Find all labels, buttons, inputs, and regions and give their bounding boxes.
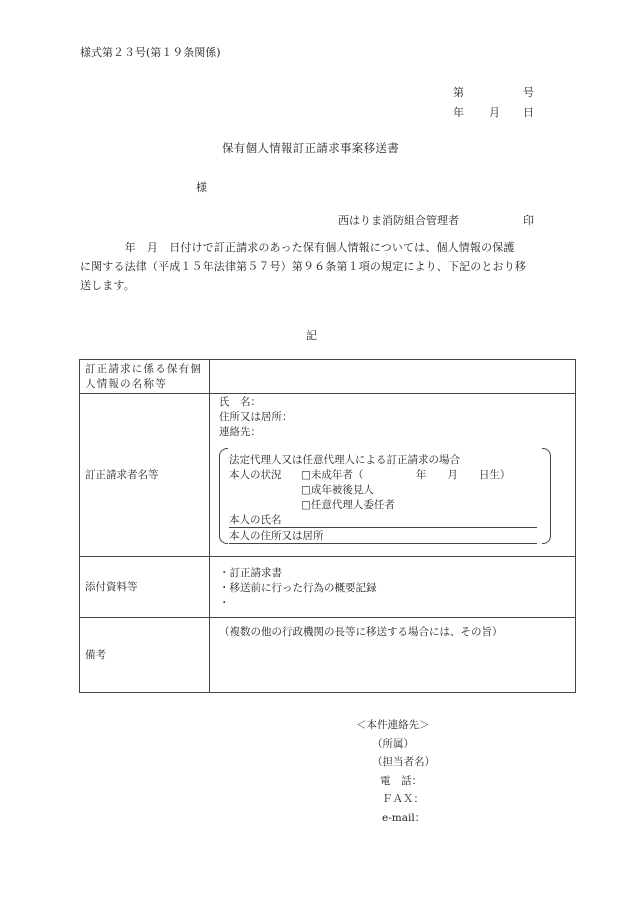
label-requester: 訂正請求者名等: [80, 394, 210, 557]
table-row-requester: 訂正請求者名等 氏 名： 住所又は居所： 連絡先： 法定代理人又は任意代理人によ…: [80, 394, 576, 557]
contact-fax: ＦＡＸ：: [356, 790, 435, 809]
checkbox-minor[interactable]: □未成年者（ 年 月 日生）: [301, 468, 510, 483]
contact-heading: ＜本件連絡先＞: [356, 716, 435, 735]
ki-heading: 記: [306, 327, 317, 343]
contact-block: ＜本件連絡先＞ （所属） （担当者名） 電 話： ＦＡＸ： e-mail：: [356, 716, 435, 827]
requester-name[interactable]: 氏 名：: [219, 395, 575, 410]
sender-name: 西はりま消防組合管理者: [338, 212, 459, 228]
body-line-1: 年 月 日付けで訂正請求のあった保有個人情報については、個人情報の保護: [80, 238, 550, 257]
attachment-item: ・訂正請求書: [219, 566, 575, 581]
value-attachments: ・訂正請求書 ・移送前に行った行為の概要記録 ・: [210, 557, 576, 618]
proxy-request-box: 法定代理人又は任意代理人による訂正請求の場合 本人の状況 □未成年者（ 年 月 …: [219, 448, 551, 544]
document-title: 保有個人情報訂正請求事案移送書: [222, 140, 399, 156]
label-remarks: 備考: [80, 618, 210, 693]
date-year: 年: [453, 104, 464, 120]
transfer-details-table: 訂正請求に係る保有個人情報の名称等 訂正請求者名等 氏 名： 住所又は居所： 連…: [79, 359, 576, 693]
status-label: 本人の状況: [229, 468, 301, 513]
checkbox-delegator[interactable]: □任意代理人委任者: [301, 498, 510, 513]
table-row-remarks: 備考 （複数の他の行政機関の長等に移送する場合には、その旨）: [80, 618, 576, 693]
addressee-suffix: 様: [196, 179, 207, 195]
value-remarks[interactable]: （複数の他の行政機関の長等に移送する場合には、その旨）: [210, 618, 576, 693]
attachment-item: ・移送前に行った行為の概要記録: [219, 581, 575, 596]
label-attachments: 添付資料等: [80, 557, 210, 618]
requester-contact[interactable]: 連絡先：: [219, 425, 575, 440]
body-paragraph: 年 月 日付けで訂正請求のあった保有個人情報については、個人情報の保護 に関する…: [80, 238, 550, 295]
number-suffix: 号: [523, 84, 534, 100]
body-line-2: に関する法律（平成１５年法律第５７号）第９６条第１項の規定により、下記のとおり移: [80, 257, 550, 276]
contact-affiliation: （所属）: [356, 735, 435, 754]
proxy-heading: 法定代理人又は任意代理人による訂正請求の場合: [229, 453, 537, 468]
attachment-item[interactable]: ・: [219, 596, 575, 611]
requester-address[interactable]: 住所又は居所：: [219, 410, 575, 425]
number-prefix: 第: [453, 84, 464, 100]
checkbox-adult-ward[interactable]: □成年被後見人: [301, 483, 510, 498]
date-month: 月: [489, 104, 500, 120]
label-info-name: 訂正請求に係る保有個人情報の名称等: [80, 360, 210, 394]
bracket-right-icon: [542, 448, 551, 544]
table-row-attachments: 添付資料等 ・訂正請求書 ・移送前に行った行為の概要記録 ・: [80, 557, 576, 618]
value-info-name[interactable]: [210, 360, 576, 394]
contact-person: （担当者名）: [356, 753, 435, 772]
seal-mark: 印: [523, 212, 534, 228]
value-requester: 氏 名： 住所又は居所： 連絡先： 法定代理人又は任意代理人による訂正請求の場合…: [210, 394, 576, 557]
date-day: 日: [523, 104, 534, 120]
principal-name-field[interactable]: 本人の氏名: [229, 513, 537, 528]
contact-email: e-mail：: [356, 809, 435, 828]
bracket-left-icon: [219, 448, 228, 544]
principal-address-field[interactable]: 本人の住所又は居所: [229, 529, 537, 544]
form-number: 様式第２３号(第１９条関係): [80, 44, 221, 60]
table-row-info-name: 訂正請求に係る保有個人情報の名称等: [80, 360, 576, 394]
body-line-3: 送します。: [80, 276, 550, 295]
contact-phone: 電 話：: [356, 772, 435, 791]
